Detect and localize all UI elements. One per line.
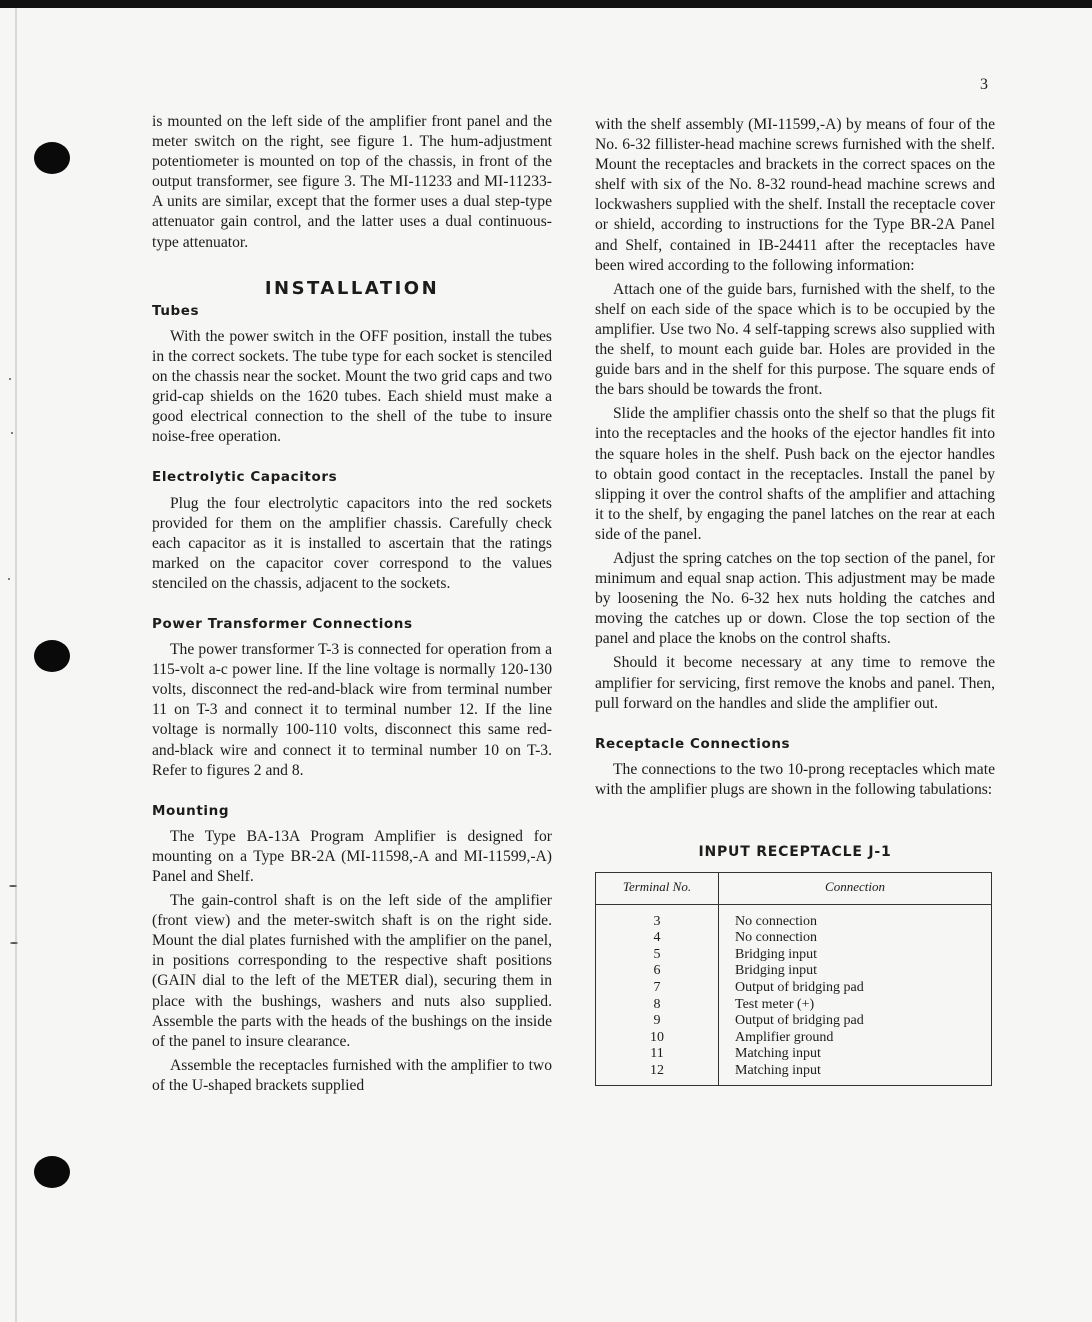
connection-cell: Output of bridging pad (719, 980, 992, 997)
terminal-cell: 12 (596, 1063, 719, 1085)
heading-receptacle-connections: Receptacle Connections (595, 734, 995, 754)
table-row: 9 Output of bridging pad (596, 1013, 992, 1030)
heading-electrolytic-capacitors: Electrolytic Capacitors (152, 467, 552, 487)
terminal-cell: 8 (596, 997, 719, 1014)
paragraph-mounting-2: The gain-control shaft is on the left si… (152, 891, 552, 1052)
paragraph-mounting-3: Assemble the receptacles furnished with … (152, 1056, 552, 1096)
connection-cell: No connection (719, 930, 992, 947)
heading-mounting: Mounting (152, 801, 552, 821)
scan-speck (8, 578, 10, 580)
connection-cell: No connection (719, 904, 992, 930)
connection-cell: Test meter (+) (719, 997, 992, 1014)
terminal-cell: 3 (596, 904, 719, 930)
paragraph-receptacle-connections: The connections to the two 10-prong rece… (595, 760, 995, 800)
binding-edge (15, 8, 17, 1322)
column-header-terminal: Terminal No. (596, 873, 719, 905)
paragraph-slide-chassis: Slide the amplifier chassis onto the she… (595, 404, 995, 545)
table-row: 4 No connection (596, 930, 992, 947)
terminal-cell: 10 (596, 1030, 719, 1047)
paragraph-electrolytic-capacitors: Plug the four electrolytic capacitors in… (152, 494, 552, 594)
connection-cell: Amplifier ground (719, 1030, 992, 1047)
terminal-cell: 11 (596, 1046, 719, 1063)
section-title-installation: INSTALLATION (152, 279, 552, 299)
page-number: 3 (980, 76, 988, 94)
scan-speck (9, 378, 11, 380)
connection-cell: Matching input (719, 1046, 992, 1063)
connection-cell: Output of bridging pad (719, 1013, 992, 1030)
paragraph-mounting-1: The Type BA-13A Program Amplifier is des… (152, 827, 552, 887)
terminal-cell: 9 (596, 1013, 719, 1030)
paragraph-tubes: With the power switch in the OFF positio… (152, 327, 552, 448)
table-row: 5 Bridging input (596, 947, 992, 964)
scan-speck (11, 432, 13, 434)
scan-top-edge (0, 0, 1092, 8)
scan-speck (9, 885, 17, 887)
terminal-cell: 5 (596, 947, 719, 964)
right-column: with the shelf assembly (MI-11599,-A) by… (595, 115, 995, 1086)
connection-cell: Matching input (719, 1063, 992, 1085)
scan-speck (10, 942, 18, 944)
left-column: is mounted on the left side of the ampli… (152, 112, 552, 1096)
binder-hole-middle (34, 640, 70, 672)
table-row: 8 Test meter (+) (596, 997, 992, 1014)
paragraph-servicing: Should it become necessary at any time t… (595, 653, 995, 713)
table-row: 7 Output of bridging pad (596, 980, 992, 997)
heading-power-transformer: Power Transformer Connections (152, 614, 552, 634)
paragraph-guide-bars: Attach one of the guide bars, furnished … (595, 280, 995, 401)
heading-tubes: Tubes (152, 301, 552, 321)
table-header-row: Terminal No. Connection (596, 873, 992, 905)
binder-hole-top (34, 142, 70, 174)
table-row: 3 No connection (596, 904, 992, 930)
table-title: INPUT RECEPTACLE J-1 (595, 842, 995, 862)
table-row: 6 Bridging input (596, 963, 992, 980)
intro-paragraph: is mounted on the left side of the ampli… (152, 112, 552, 253)
terminal-cell: 7 (596, 980, 719, 997)
terminal-cell: 6 (596, 963, 719, 980)
binder-hole-bottom (34, 1156, 70, 1188)
column-header-connection: Connection (719, 873, 992, 905)
table-row: 11 Matching input (596, 1046, 992, 1063)
table-row: 10 Amplifier ground (596, 1030, 992, 1047)
paragraph-shelf-assembly: with the shelf assembly (MI-11599,-A) by… (595, 115, 995, 276)
table-row: 12 Matching input (596, 1063, 992, 1085)
connection-cell: Bridging input (719, 947, 992, 964)
terminal-cell: 4 (596, 930, 719, 947)
paragraph-power-transformer: The power transformer T-3 is connected f… (152, 640, 552, 781)
connection-cell: Bridging input (719, 963, 992, 980)
input-receptacle-table: Terminal No. Connection 3 No connection … (595, 872, 992, 1086)
paragraph-spring-catches: Adjust the spring catches on the top sec… (595, 549, 995, 649)
